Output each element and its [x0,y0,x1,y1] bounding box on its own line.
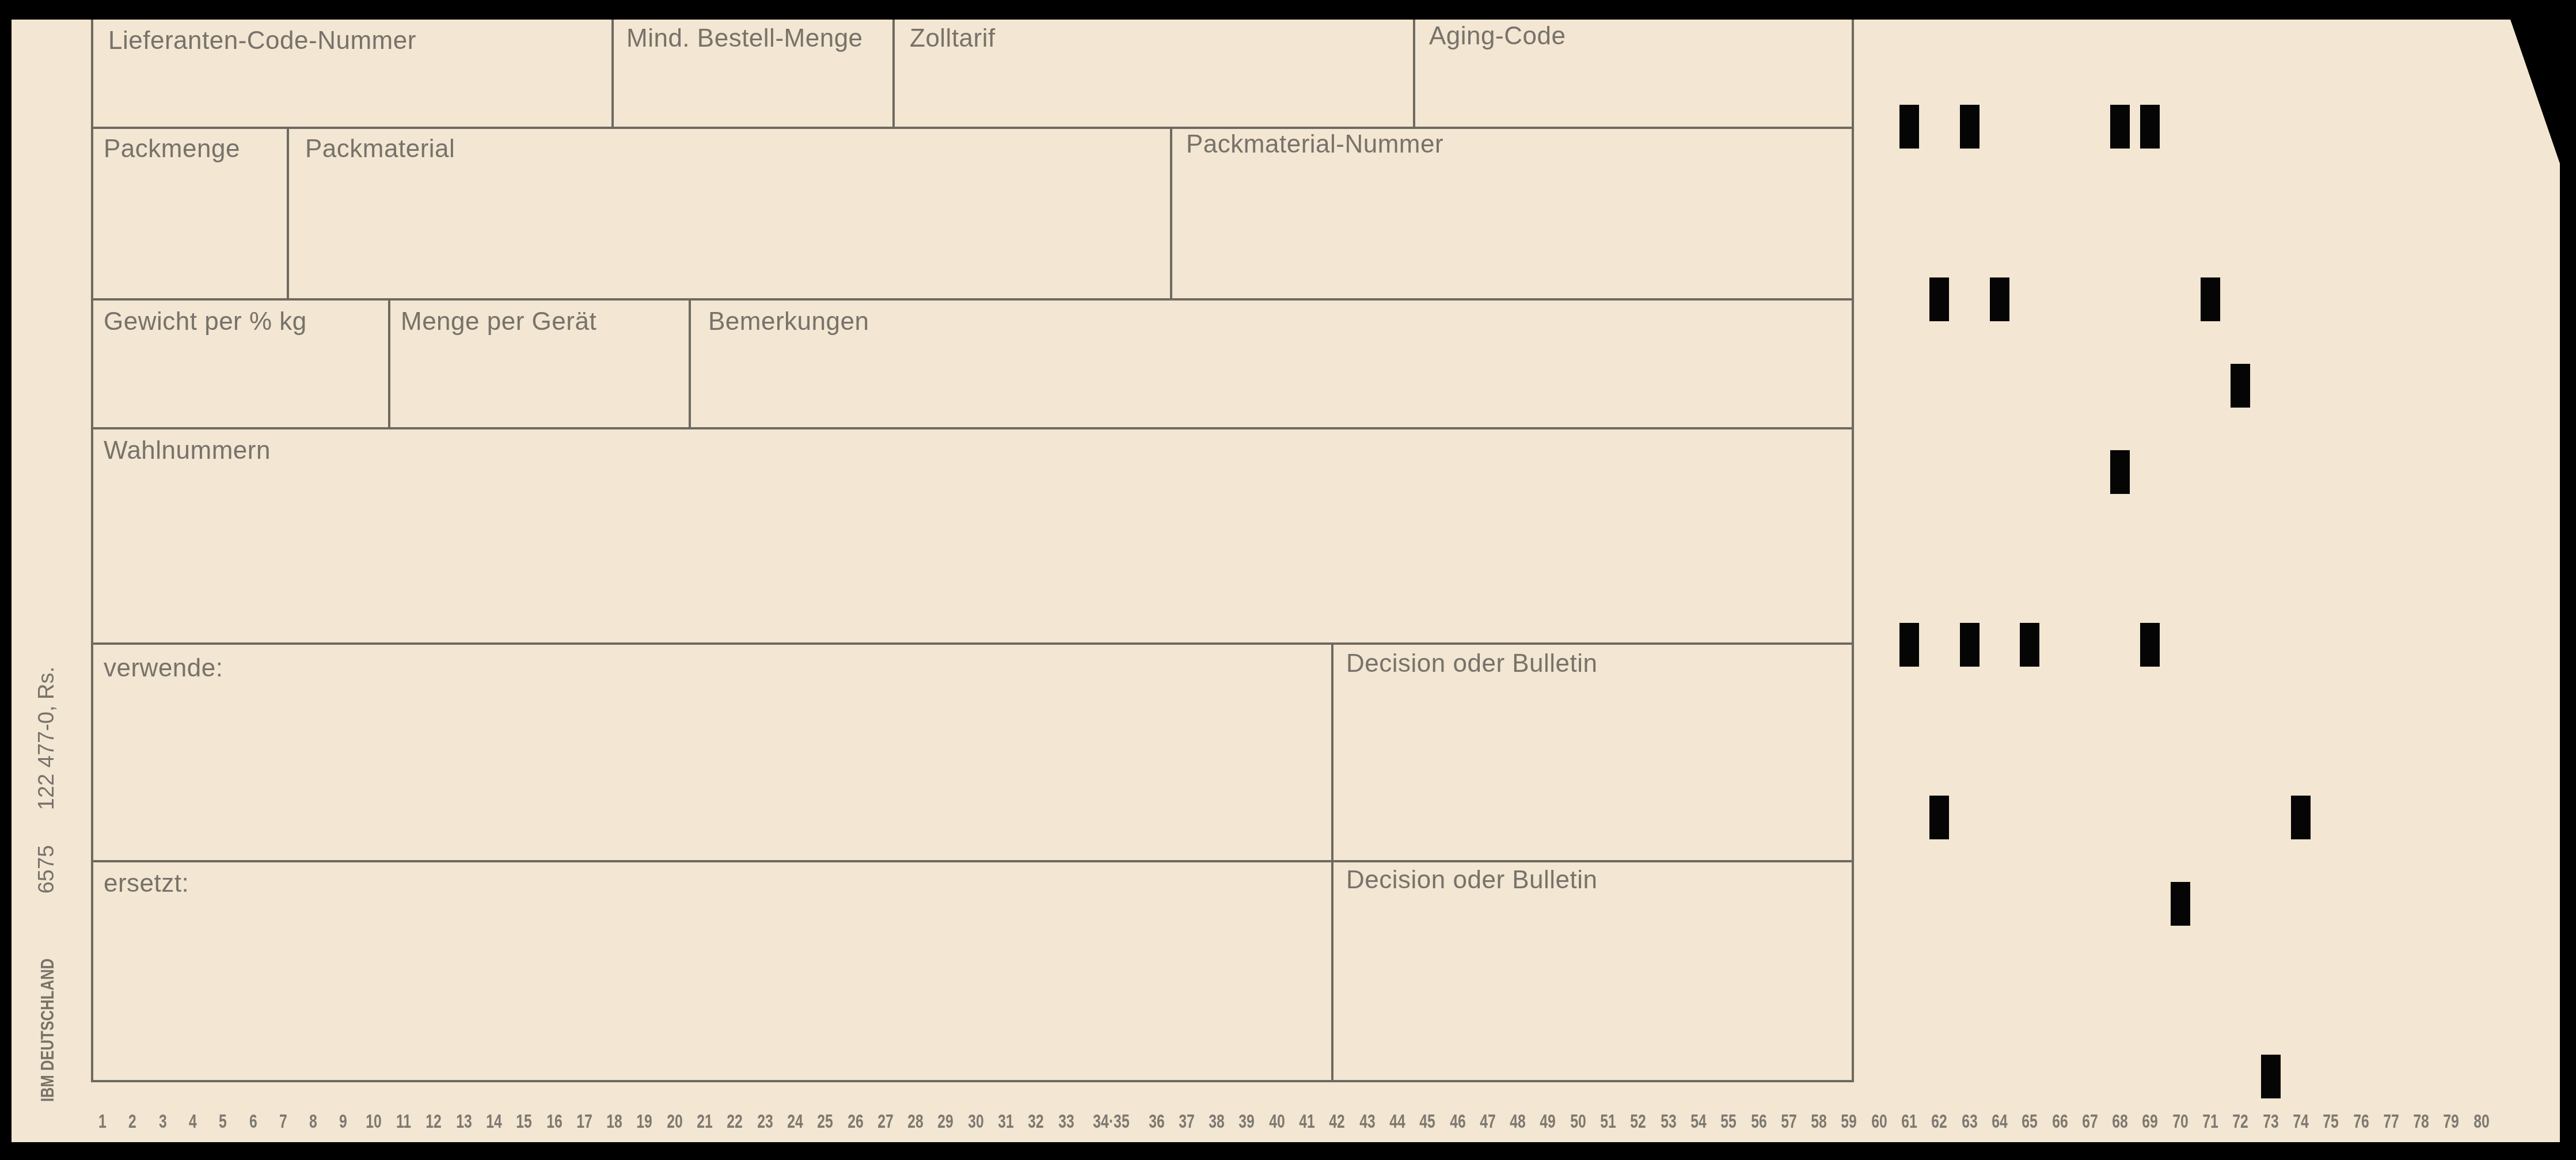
column-number: 51 [1597,1110,1620,1132]
punch-hole [2110,450,2130,494]
column-number: 4 [181,1110,204,1132]
column-number-row: 1234567891011121314151617181920212223242… [92,1110,2510,1139]
row3-sep-1 [388,299,390,428]
column-number: 22 [724,1110,746,1132]
field-menge-per-geraet: Menge per Gerät [401,307,596,336]
column-number: 60 [1868,1110,1890,1132]
column-number: 30 [964,1110,987,1132]
column-number: 1 [92,1110,114,1132]
field-packmaterial: Packmaterial [305,135,455,163]
punch-hole [2291,796,2311,839]
punch-hole [2110,105,2130,149]
field-packmenge: Packmenge [104,135,240,163]
column-number: 45 [1416,1110,1439,1132]
column-number: 61 [1898,1110,1921,1132]
punch-hole [2231,364,2250,408]
row2-sep-1 [287,128,289,299]
column-number: 20 [663,1110,686,1132]
column-number: 25 [814,1110,837,1132]
column-number: 77 [2380,1110,2402,1132]
column-number: 8 [302,1110,325,1132]
column-number: 3 [151,1110,174,1132]
column-number: 66 [2049,1110,2071,1132]
punch-hole [1929,277,1949,321]
punch-hole [2201,277,2220,321]
form-number: 6575 [35,845,59,894]
field-verwende: verwende: [104,654,223,683]
column-number: 80 [2470,1110,2493,1132]
punch-hole [2261,1055,2281,1098]
column-number: 11 [393,1110,415,1132]
row2-divider [91,298,1854,301]
row3-sep-2 [689,299,691,428]
column-number: 54 [1687,1110,1709,1132]
punch-hole [1990,277,2009,321]
field-ersetzt: ersetzt: [104,869,189,898]
punch-hole [2140,623,2160,667]
column-number: 28 [905,1110,927,1132]
column-number: 63 [1958,1110,1981,1132]
punch-hole [1960,623,1980,667]
column-number: 15 [513,1110,535,1132]
column-number: 33 [1055,1110,1077,1132]
row5-sep [1331,644,1333,1081]
row1-divider [91,127,1854,129]
column-number: 74 [2289,1110,2312,1132]
field-gewicht: Gewicht per % kg [104,307,307,336]
column-number: 69 [2139,1110,2161,1132]
column-number: 24 [784,1110,806,1132]
column-number: 50 [1567,1110,1589,1132]
column-number: 34·35 [1092,1110,1131,1132]
row1-sep-3 [1413,20,1415,128]
punch-hole [1899,623,1919,667]
form-left-border [91,20,93,1082]
punch-hole [1929,796,1949,839]
column-number: 57 [1777,1110,1800,1132]
field-packmaterial-nummer: Packmaterial-Nummer [1186,130,1443,159]
column-number: 76 [2350,1110,2372,1132]
column-number: 71 [2199,1110,2222,1132]
column-number: 23 [754,1110,776,1132]
punch-hole [2020,623,2039,667]
column-number: 38 [1206,1110,1228,1132]
column-number: 36 [1145,1110,1168,1132]
side-print: IBM DEUTSCHLAND 6575 122 477-0, Rs. [35,638,59,1102]
order-code: 122 477-0, Rs. [35,667,59,810]
punch-hole [1960,105,1980,149]
column-number: 16 [543,1110,565,1132]
column-number: 55 [1718,1110,1740,1132]
field-aging-code: Aging-Code [1429,22,1566,51]
column-number: 18 [603,1110,626,1132]
column-number: 52 [1627,1110,1650,1132]
column-number: 70 [2169,1110,2191,1132]
column-number: 27 [874,1110,896,1132]
field-zolltarif: Zolltarif [910,24,996,53]
column-number: 75 [2320,1110,2342,1132]
column-number: 12 [423,1110,445,1132]
column-number: 14 [482,1110,505,1132]
punch-hole [2140,105,2160,149]
column-number: 53 [1657,1110,1680,1132]
column-number: 44 [1386,1110,1408,1132]
row1-sep-1 [611,20,614,128]
column-number: 5 [212,1110,234,1132]
row4-divider [91,642,1854,645]
column-number: 2 [121,1110,144,1132]
column-number: 7 [272,1110,294,1132]
column-number: 40 [1266,1110,1288,1132]
column-number: 9 [332,1110,355,1132]
column-number: 21 [694,1110,716,1132]
field-mind-bestell-menge: Mind. Bestell-Menge [626,24,863,53]
field-decision-2: Decision oder Bulletin [1346,866,1598,895]
column-number: 41 [1296,1110,1319,1132]
row1-sep-2 [892,20,895,128]
column-number: 37 [1175,1110,1198,1132]
column-number: 67 [2079,1110,2101,1132]
punch-card: IBM DEUTSCHLAND 6575 122 477-0, Rs. Lief… [12,20,2560,1142]
publisher-label: IBM DEUTSCHLAND [37,959,58,1102]
column-number: 31 [995,1110,1017,1132]
column-number: 49 [1537,1110,1559,1132]
column-number: 79 [2440,1110,2463,1132]
column-number: 6 [242,1110,264,1132]
column-number: 58 [1808,1110,1830,1132]
column-number: 48 [1507,1110,1529,1132]
column-number: 46 [1446,1110,1469,1132]
column-number: 29 [934,1110,957,1132]
column-number: 42 [1326,1110,1348,1132]
field-bemerkungen: Bemerkungen [708,307,869,336]
column-number: 39 [1236,1110,1258,1132]
column-number: 68 [2109,1110,2132,1132]
column-number: 59 [1838,1110,1860,1132]
column-number: 73 [2259,1110,2282,1132]
field-lieferanten-code-nummer: Lieferanten-Code-Nummer [108,26,416,55]
field-decision-1: Decision oder Bulletin [1346,649,1598,678]
column-number: 62 [1928,1110,1951,1132]
form-bottom-border [91,1080,1854,1082]
column-number: 56 [1747,1110,1770,1132]
field-wahlnummern: Wahlnummern [104,436,271,465]
row2-sep-2 [1170,128,1172,299]
column-number: 10 [362,1110,385,1132]
punch-hole [1899,105,1919,149]
column-number: 26 [844,1110,867,1132]
column-number: 47 [1476,1110,1499,1132]
column-number: 65 [2019,1110,2041,1132]
row5-divider [91,860,1854,862]
column-number: 43 [1356,1110,1378,1132]
column-number: 72 [2229,1110,2252,1132]
column-number: 64 [1988,1110,2011,1132]
column-number: 32 [1025,1110,1047,1132]
column-number: 13 [453,1110,475,1132]
row3-divider [91,427,1854,429]
column-number: 17 [573,1110,595,1132]
column-number: 19 [633,1110,656,1132]
column-number: 78 [2410,1110,2433,1132]
form-right-border [1852,20,1854,1082]
punch-hole [2171,882,2190,926]
